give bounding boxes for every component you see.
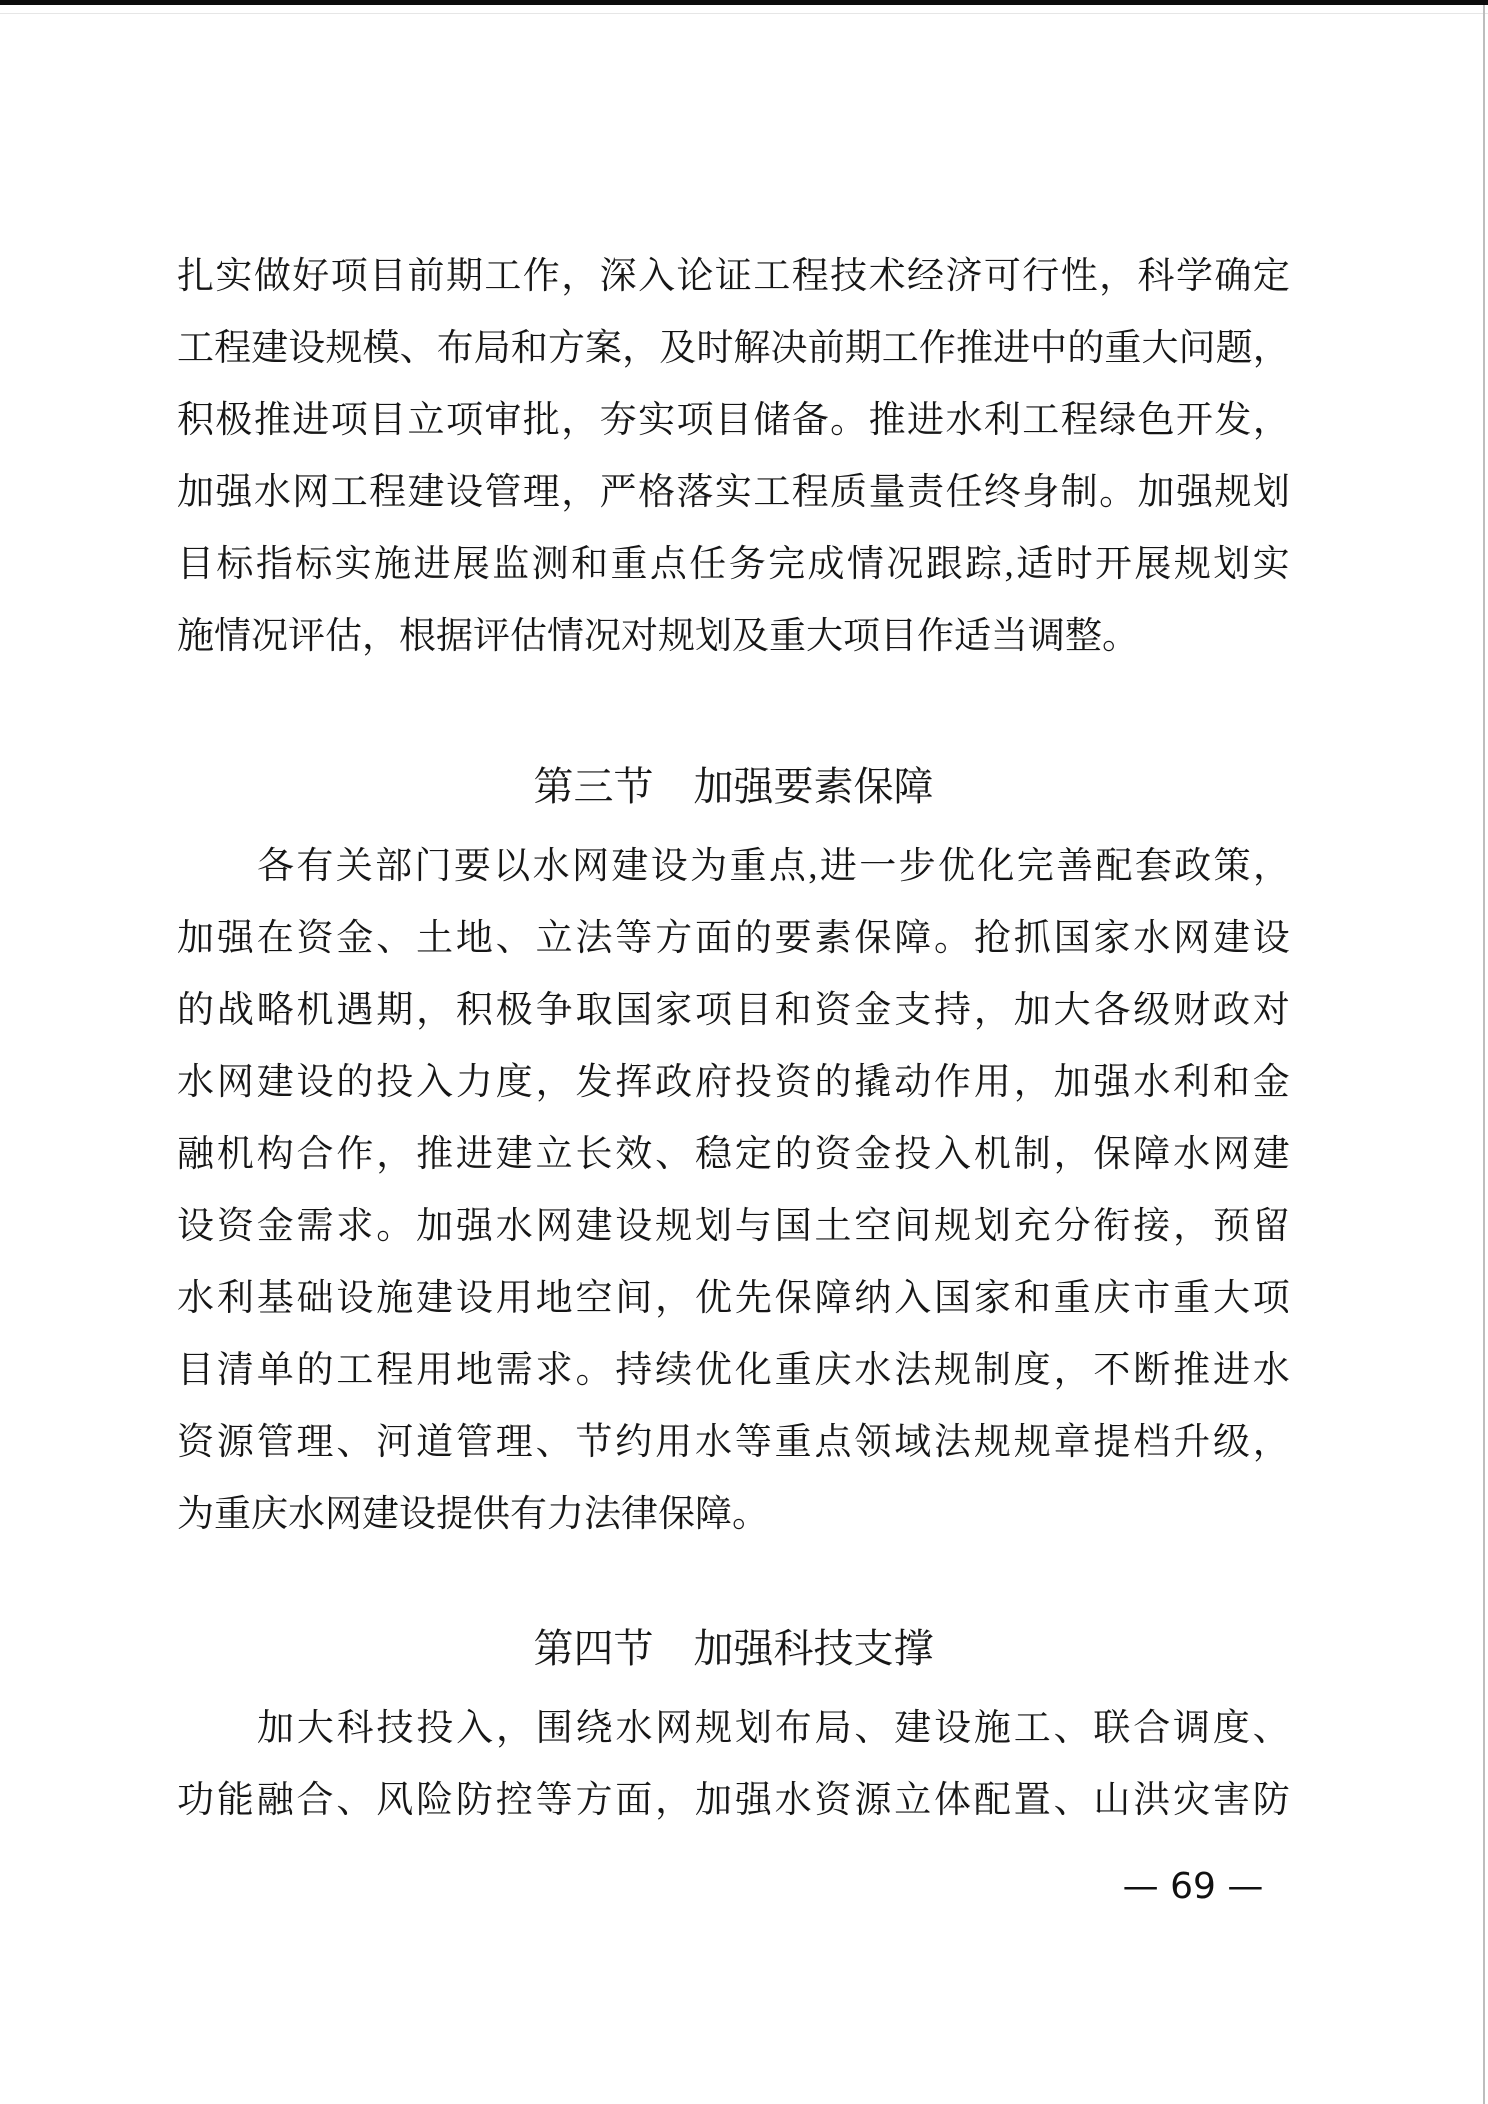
text-line: 设资金需求。加强水网建设规划与国土空间规划充分衔接，预留 bbox=[177, 1191, 1290, 1263]
section-heading-4: 第四节 加强科技支撑 bbox=[177, 1613, 1290, 1685]
paragraph-continuation: 扎实做好项目前期工作，深入论证工程技术经济可行性，科学确定工程建设规模、布局和方… bbox=[177, 241, 1290, 673]
text-line: 施情况评估，根据评估情况对规划及重大项目作适当调整。 bbox=[177, 601, 1290, 673]
section3-paragraph: 各有关部门要以水网建设为重点,进一步优化完善配套政策，加强在资金、土地、立法等方… bbox=[177, 831, 1290, 1551]
text-line: 资源管理、河道管理、节约用水等重点领域法规规章提档升级， bbox=[177, 1407, 1290, 1479]
text-line: 为重庆水网建设提供有力法律保障。 bbox=[177, 1479, 1290, 1551]
text-line: 功能融合、风险防控等方面，加强水资源立体配置、山洪灾害防 bbox=[177, 1765, 1290, 1837]
text-line: 的战略机遇期，积极争取国家项目和资金支持，加大各级财政对 bbox=[177, 975, 1290, 1047]
text-line: 加强水网工程建设管理，严格落实工程质量责任终身制。加强规划 bbox=[177, 457, 1290, 529]
text-line: 水网建设的投入力度，发挥政府投资的撬动作用，加强水利和金 bbox=[177, 1047, 1290, 1119]
scan-hairline bbox=[0, 13, 1488, 14]
section-heading-3: 第三节 加强要素保障 bbox=[177, 751, 1290, 823]
text-line: 加大科技投入，围绕水网规划布局、建设施工、联合调度、 bbox=[177, 1693, 1290, 1765]
text-line: 扎实做好项目前期工作，深入论证工程技术经济可行性，科学确定 bbox=[177, 241, 1290, 313]
section4-paragraph: 加大科技投入，围绕水网规划布局、建设施工、联合调度、功能融合、风险防控等方面，加… bbox=[177, 1693, 1290, 1837]
document-page: 扎实做好项目前期工作，深入论证工程技术经济可行性，科学确定工程建设规模、布局和方… bbox=[0, 0, 1488, 2104]
text-line: 积极推进项目立项审批，夯实项目储备。推进水利工程绿色开发， bbox=[177, 385, 1290, 457]
text-line: 加强在资金、土地、立法等方面的要素保障。抢抓国家水网建设 bbox=[177, 903, 1290, 975]
scan-edge-top-bar bbox=[0, 0, 1488, 5]
page-number: — 69 — bbox=[1118, 1862, 1268, 1912]
text-line: 目标指标实施进展监测和重点任务完成情况跟踪,适时开展规划实 bbox=[177, 529, 1290, 601]
scan-edge-right-line bbox=[1483, 5, 1485, 2104]
text-line: 水利基础设施建设用地空间，优先保障纳入国家和重庆市重大项 bbox=[177, 1263, 1290, 1335]
text-line: 工程建设规模、布局和方案，及时解决前期工作推进中的重大问题， bbox=[177, 313, 1290, 385]
text-line: 融机构合作，推进建立长效、稳定的资金投入机制，保障水网建 bbox=[177, 1119, 1290, 1191]
text-line: 目清单的工程用地需求。持续优化重庆水法规制度，不断推进水 bbox=[177, 1335, 1290, 1407]
text-line: 各有关部门要以水网建设为重点,进一步优化完善配套政策， bbox=[177, 831, 1290, 903]
